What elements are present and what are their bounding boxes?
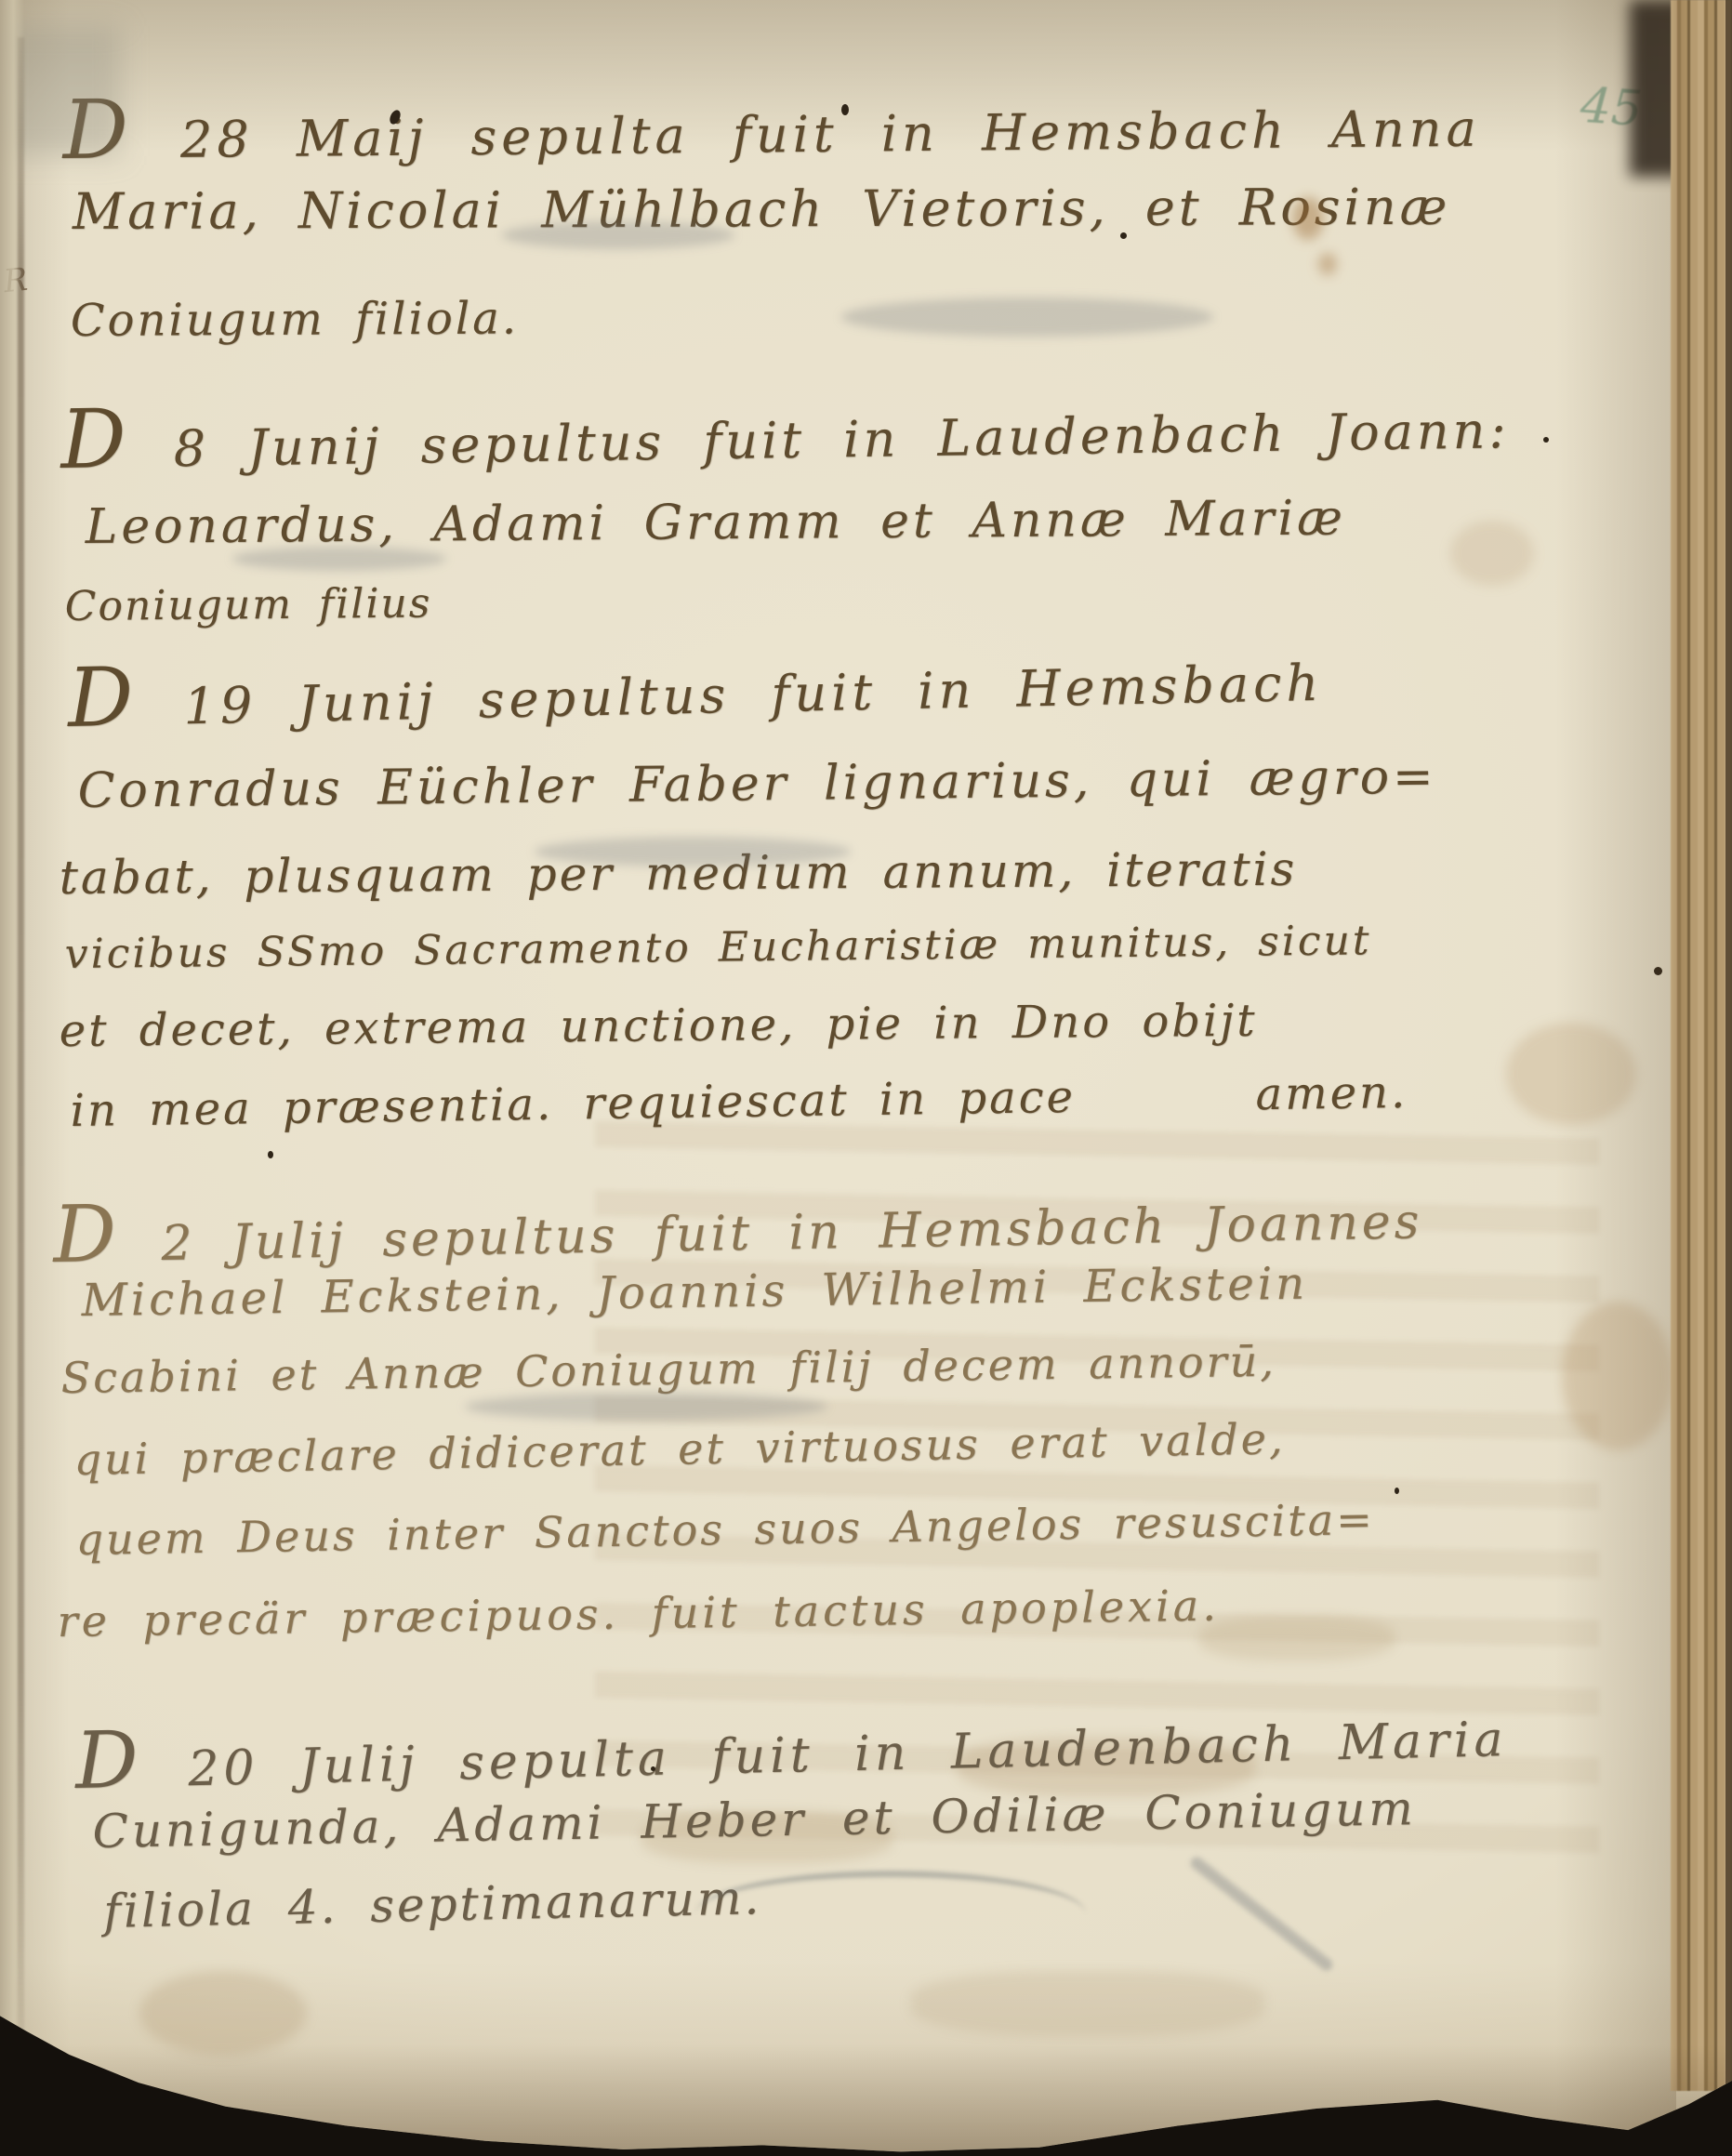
ink-speck (268, 1151, 273, 1158)
stain (139, 1971, 307, 2055)
record-line: Leonardus, Adami Gramm et Annæ Mariæ (86, 494, 1346, 553)
graphite-smudge (502, 221, 734, 249)
record-line: Coniugum filius (65, 583, 432, 629)
fold-crease-line (18, 37, 24, 2073)
bleedthrough-blob (1199, 1616, 1395, 1660)
graphite-smudge (535, 837, 851, 866)
bleedthrough-blob (911, 1971, 1264, 2036)
record-line: D 28 Maij sepulta fuit in Hemsbach Anna (62, 76, 1481, 174)
page-stack-edge-right (1671, 0, 1732, 2091)
record-line: Conradus Eüchler Faber lignarius, qui æg… (77, 752, 1436, 817)
ink-speck (651, 1766, 655, 1771)
photograph-of-register: { "document": { "type": "handwritten bur… (0, 0, 1732, 2156)
record-line: D 19 Junij sepultus fuit in Hemsbach (67, 630, 1324, 742)
graphite-smudge-arc (695, 1871, 1086, 1957)
record-line: D 8 Junij sepultus fuit in Laudenbach Jo… (60, 377, 1510, 483)
record-line: filiola 4. septimanarum. (103, 1873, 762, 1936)
manuscript-page: D 28 Maij sepulta fuit in Hemsbach Anna … (0, 0, 1732, 2156)
bottom-edge-shadow (0, 2044, 1732, 2156)
record-line: vicibus SSmo Sacramento Eucharistiæ muni… (65, 919, 1372, 976)
ink-speck (1395, 1488, 1399, 1494)
stain (1292, 197, 1324, 240)
graphite-smudge (465, 1393, 827, 1421)
stain (1318, 253, 1337, 275)
page-stack-outer-edge (1725, 0, 1732, 2091)
record-line: Coniugum filiola. (71, 295, 519, 344)
ink-speck (1543, 437, 1549, 443)
gutter-shadow-right (1555, 0, 1676, 2156)
ink-speck (841, 104, 849, 115)
graphite-smudge (232, 547, 446, 571)
graphite-smudge (841, 298, 1213, 337)
ink-speck (1120, 232, 1127, 239)
stain (1450, 521, 1534, 586)
binding-shadow-top (0, 0, 1732, 82)
record-line: et decet, extrema unctione, pie in Dno o… (59, 998, 1258, 1055)
record-line: Maria, Nicolai Mühlbach Vietoris, et Ros… (73, 181, 1451, 239)
